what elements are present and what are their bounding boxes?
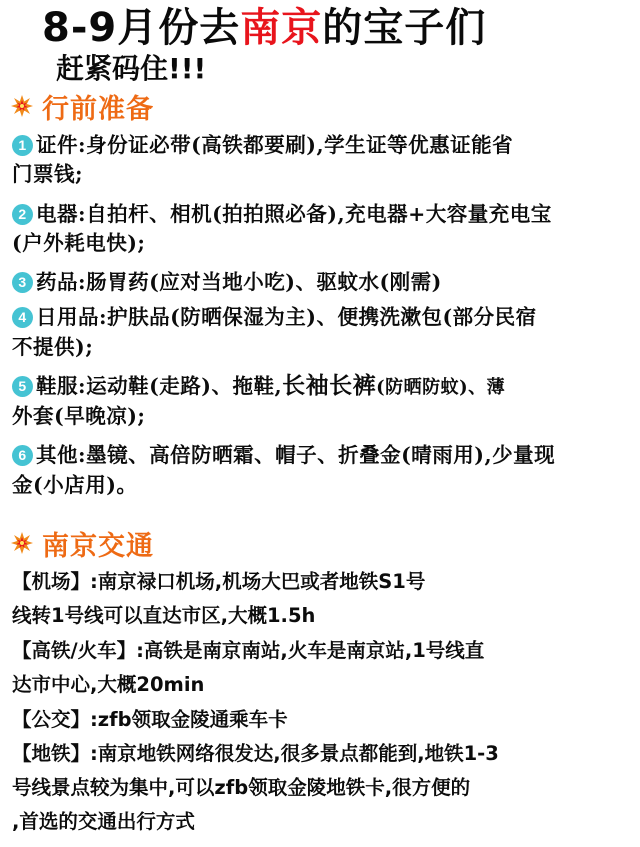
number-5-icon: 5 xyxy=(12,376,33,397)
item-text: 日用品:护肤品(防晒保湿为主)、便携洗漱包(部分民宿 xyxy=(36,305,537,329)
item-text: (防晒防蚊)、薄 xyxy=(376,377,505,398)
number-3-icon: 3 xyxy=(12,272,33,293)
list-item-medicine: 3药品:肠胃药(应对当地小吃)、驱蚊水(刚需) xyxy=(12,268,442,296)
list-item-daily-goods: 4日用品:护肤品(防晒保湿为主)、便携洗漱包(部分民宿 xyxy=(12,303,537,331)
number-6-icon: 6 xyxy=(12,445,33,466)
section-title: 南京交通 xyxy=(42,524,154,563)
number-4-icon: 4 xyxy=(12,307,33,328)
title-part2: 的宝子们 xyxy=(322,5,486,51)
item-text: 电器:自拍杆、相机(拍拍照必备),充电器+大容量充电宝 xyxy=(36,202,552,226)
list-item-clothing-cont: 外套(早晚凉); xyxy=(12,402,145,430)
transport-metro-cont: 号线景点较为集中,可以zfb领取金陵地铁卡,很方便的 xyxy=(12,774,470,802)
transport-train: 【高铁/火车】:高铁是南京南站,火车是南京站,1号线直 xyxy=(12,637,484,665)
list-item-daily-goods-cont: 不提供); xyxy=(12,333,93,361)
list-item-others-cont: 金(小店用)。 xyxy=(12,471,137,499)
item-text-emphasis: 长袖长裤 xyxy=(282,373,376,399)
list-item-documents-cont: 门票钱; xyxy=(12,160,83,188)
burst-icon xyxy=(10,531,34,555)
transport-train-cont: 达市中心,大概20min xyxy=(12,671,204,699)
transport-airport-cont: 线转1号线可以直达市区,大概1.5h xyxy=(12,602,315,630)
item-text: 药品:肠胃药(应对当地小吃)、驱蚊水(刚需) xyxy=(36,270,442,294)
section-title: 行前准备 xyxy=(42,87,154,126)
number-1-icon: 1 xyxy=(12,135,33,156)
list-item-electronics: 2电器:自拍杆、相机(拍拍照必备),充电器+大容量充电宝 xyxy=(12,200,552,228)
item-text: 证件:身份证必带(高铁都要刷),学生证等优惠证能省 xyxy=(36,133,513,157)
page-subtitle: 赶紧码住!!! xyxy=(56,52,206,86)
burst-icon xyxy=(10,94,34,118)
transport-airport: 【机场】:南京禄口机场,机场大巴或者地铁S1号 xyxy=(12,568,425,596)
title-part1: 8-9月份去 xyxy=(42,5,240,51)
section-heading-transport: 南京交通 xyxy=(10,526,154,560)
title-highlight: 南京 xyxy=(240,5,322,51)
transport-metro: 【地铁】:南京地铁网络很发达,很多景点都能到,地铁1-3 xyxy=(12,740,499,768)
transport-metro-cont2: ,首选的交通出行方式 xyxy=(12,808,195,836)
number-2-icon: 2 xyxy=(12,204,33,225)
list-item-others: 6其他:墨镜、高倍防晒霜、帽子、折叠金(晴雨用),少量现 xyxy=(12,441,555,469)
page-title: 8-9月份去南京的宝子们 xyxy=(42,4,486,52)
transport-bus: 【公交】:zfb领取金陵通乘车卡 xyxy=(12,706,288,734)
list-item-clothing: 5鞋服:运动鞋(走路)、拖鞋,长袖长裤(防晒防蚊)、薄 xyxy=(12,372,505,402)
item-text: 其他:墨镜、高倍防晒霜、帽子、折叠金(晴雨用),少量现 xyxy=(36,443,555,467)
item-text: 鞋服:运动鞋(走路)、拖鞋, xyxy=(36,374,282,398)
section-heading-preparation: 行前准备 xyxy=(10,89,154,123)
list-item-electronics-cont: (户外耗电快); xyxy=(12,229,145,257)
list-item-documents: 1证件:身份证必带(高铁都要刷),学生证等优惠证能省 xyxy=(12,131,513,159)
